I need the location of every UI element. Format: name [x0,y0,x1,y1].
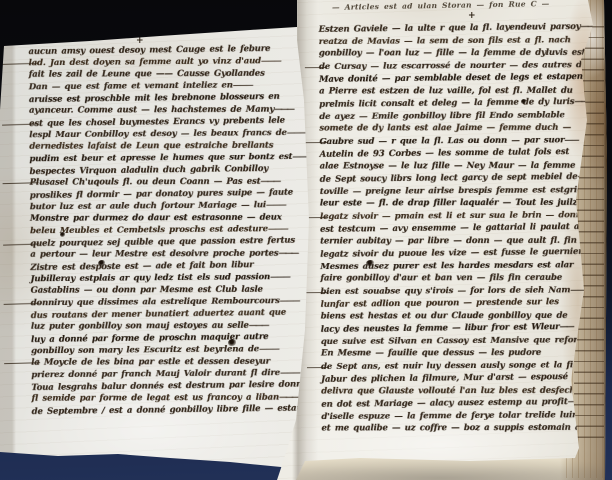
ink-blot [60,232,65,237]
manuscript-line: de Septembre / est a donné gonbilloy lib… [32,402,330,418]
manuscript-photo: + aucun amsy ouest desoy mest Cauge est … [0,0,612,480]
right-page-text: Estzen Gaviele — la ulte r que la fl. la… [319,21,612,436]
cross-mark: + [468,11,476,21]
ink-blot [521,99,526,104]
left-page-text: aucun amsy ouest desoy mest Cauge est le… [28,43,329,418]
ink-blot [98,260,105,266]
ink-blot [228,339,236,346]
ink-blot [366,260,374,266]
right-page-header: — Articles est ad ulan Storan — fon Rue … [332,0,550,12]
manuscript-line: et me qualibe — uz coffre — boz a suppis… [321,422,612,435]
